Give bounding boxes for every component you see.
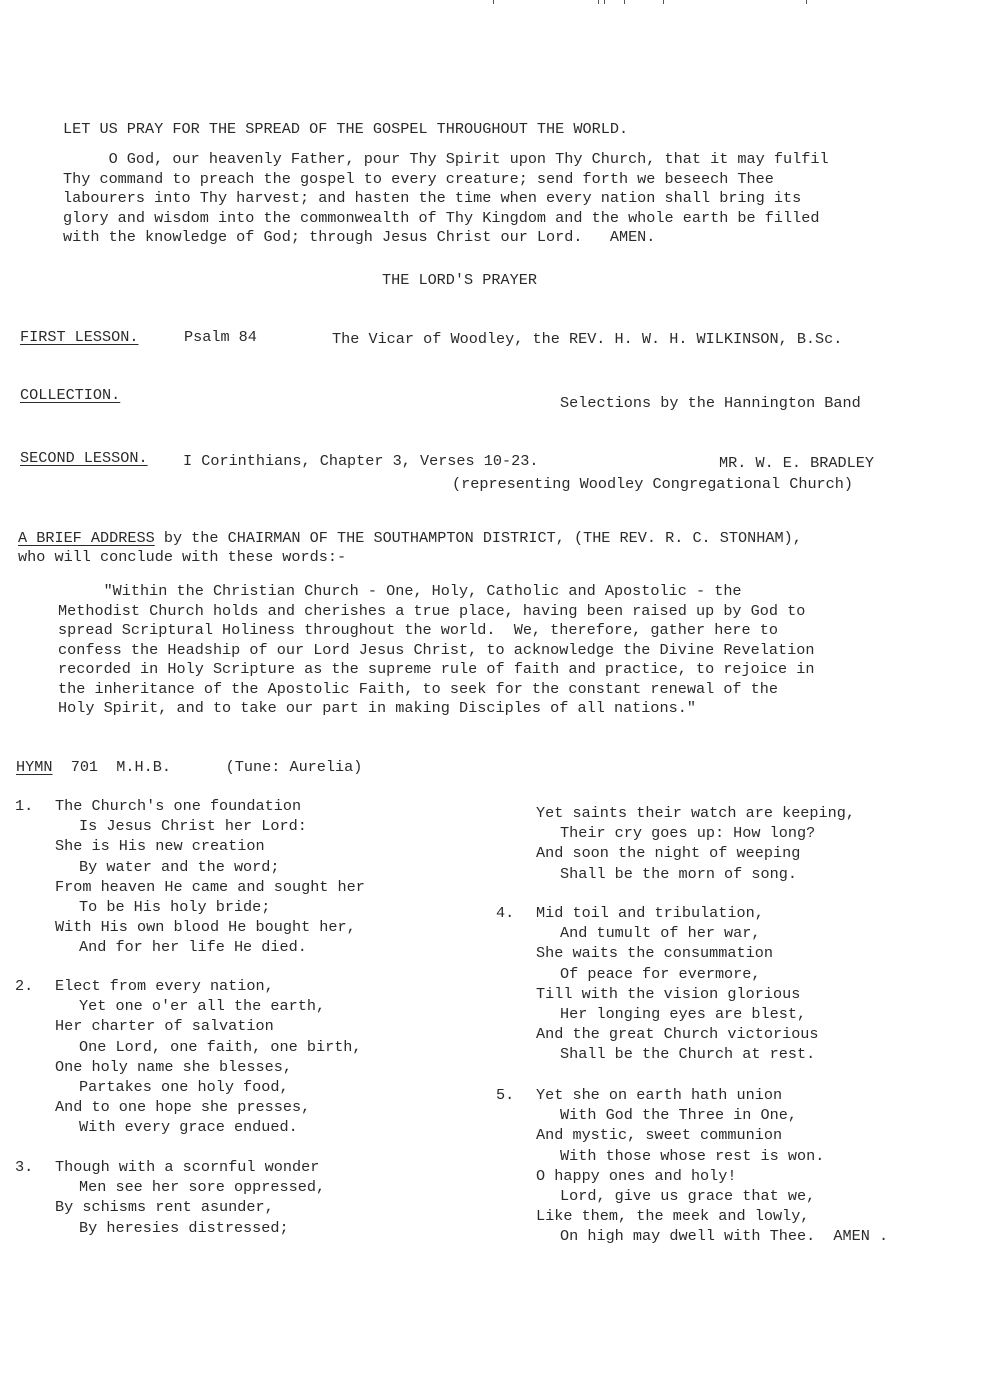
hymn-line: Men see her sore oppressed, xyxy=(55,1177,325,1197)
hymn-line: And mystic, sweet communion xyxy=(536,1125,888,1145)
hymn-number: 701 xyxy=(71,758,98,776)
first-lesson-reader: The Vicar of Woodley, the REV. H. W. H. … xyxy=(332,330,842,348)
address-quote-line: Methodist Church holds and cherishes a t… xyxy=(58,602,814,622)
hymn-line: Shall be the Church at rest. xyxy=(536,1044,819,1064)
hymn-stanza-1: 1.The Church's one foundationIs Jesus Ch… xyxy=(15,796,365,958)
hymn-line: To be His holy bride; xyxy=(55,897,365,917)
address-line-1-rest: by the CHAIRMAN OF THE SOUTHAMPTON DISTR… xyxy=(155,529,802,547)
address-line-2: who will conclude with these words:- xyxy=(18,548,346,566)
collection-label: COLLECTION. xyxy=(20,386,120,404)
hymn-label: HYMN xyxy=(16,758,52,776)
scan-mark xyxy=(806,0,807,4)
hymn-line: And soon the night of weeping xyxy=(536,843,855,863)
second-lesson-reader: MR. W. E. BRADLEY xyxy=(719,454,874,472)
hymn-line: Lord, give us grace that we, xyxy=(536,1186,888,1206)
hymn-line: With every grace endued. xyxy=(55,1117,362,1137)
prayer-body: O God, our heavenly Father, pour Thy Spi… xyxy=(63,150,829,248)
scan-mark xyxy=(598,0,599,4)
hymn-line: With those whose rest is won. xyxy=(536,1146,888,1166)
address-quote-line: "Within the Christian Church - One, Holy… xyxy=(58,582,814,602)
prayer-line: with the knowledge of God; through Jesus… xyxy=(63,228,829,248)
hymn-line: Her charter of salvation xyxy=(55,1016,362,1036)
hymn-stanza-3-continued: Yet saints their watch are keeping,Their… xyxy=(496,803,855,884)
hymn-line: With His own blood He bought her, xyxy=(55,917,365,937)
hymn-line: And the great Church victorious xyxy=(536,1024,819,1044)
hymn-line: One Lord, one faith, one birth, xyxy=(55,1037,362,1057)
address-label: A BRIEF ADDRESS xyxy=(18,529,155,547)
prayer-line: glory and wisdom into the commonwealth o… xyxy=(63,209,829,229)
hymn-line: Elect from every nation, xyxy=(55,976,362,996)
hymn-line: Her longing eyes are blest, xyxy=(536,1004,819,1024)
stanza-number: 3. xyxy=(15,1157,33,1177)
hymn-line: Shall be the morn of song. xyxy=(536,864,855,884)
scan-mark xyxy=(624,0,625,4)
address-quote-line: recorded in Holy Scripture as the suprem… xyxy=(58,660,814,680)
hymn-line: She waits the consummation xyxy=(536,943,819,963)
hymn-line: O happy ones and holy! xyxy=(536,1166,888,1186)
hymn-line: The Church's one foundation xyxy=(55,796,365,816)
first-lesson-reading: Psalm 84 xyxy=(184,328,257,346)
hymn-stanza-4: 4.Mid toil and tribulation,And tumult of… xyxy=(496,903,819,1065)
hymn-tune: (Tune: Aurelia) xyxy=(226,758,363,776)
hymn-line: Mid toil and tribulation, xyxy=(536,903,819,923)
hymn-stanza-2: 2.Elect from every nation,Yet one o'er a… xyxy=(15,976,362,1138)
hymn-line: Yet she on earth hath union xyxy=(536,1085,888,1105)
hymn-line: Partakes one holy food, xyxy=(55,1077,362,1097)
address-quote-line: the inheritance of the Apostolic Faith, … xyxy=(58,680,814,700)
address-quote: "Within the Christian Church - One, Holy… xyxy=(58,582,814,719)
hymn-book: M.H.B. xyxy=(116,758,171,776)
hymn-line: With God the Three in One, xyxy=(536,1105,888,1125)
hymn-line: Their cry goes up: How long? xyxy=(536,823,855,843)
hymn-line: She is His new creation xyxy=(55,836,365,856)
hymn-line: On high may dwell with Thee. AMEN . xyxy=(536,1226,888,1246)
hymn-line: Till with the vision glorious xyxy=(536,984,819,1004)
second-lesson-label: SECOND LESSON. xyxy=(20,449,148,467)
second-lesson-reader-note: (representing Woodley Congregational Chu… xyxy=(452,475,853,493)
hymn-line: Yet saints their watch are keeping, xyxy=(536,803,855,823)
hymn-line: Though with a scornful wonder xyxy=(55,1157,325,1177)
hymn-stanza-3: 3.Though with a scornful wonderMen see h… xyxy=(15,1157,325,1238)
address-quote-line: Holy Spirit, and to take our part in mak… xyxy=(58,699,814,719)
hymn-stanza-5: 5.Yet she on earth hath unionWith God th… xyxy=(496,1085,888,1247)
scan-mark xyxy=(604,0,605,4)
stanza-number: 5. xyxy=(496,1085,514,1105)
prayer-line: Thy command to preach the gospel to ever… xyxy=(63,170,829,190)
address-line-1: A BRIEF ADDRESS by the CHAIRMAN OF THE S… xyxy=(18,529,802,547)
hymn-line: Of peace for evermore, xyxy=(536,964,819,984)
prayer-line: labourers into Thy harvest; and hasten t… xyxy=(63,189,829,209)
hymn-line: And for her life He died. xyxy=(55,937,365,957)
scan-mark xyxy=(663,0,664,4)
hymn-line: Yet one o'er all the earth, xyxy=(55,996,362,1016)
prayer-line: O God, our heavenly Father, pour Thy Spi… xyxy=(63,150,829,170)
collection-detail: Selections by the Hannington Band xyxy=(560,394,861,412)
hymn-line: Like them, the meek and lowly, xyxy=(536,1206,888,1226)
hymn-header: HYMN 701 M.H.B. (Tune: Aurelia) xyxy=(16,758,362,776)
stanza-number: 2. xyxy=(15,976,33,996)
hymn-line: Is Jesus Christ her Lord: xyxy=(55,816,365,836)
second-lesson-reading: I Corinthians, Chapter 3, Verses 10-23. xyxy=(183,452,538,470)
hymn-line: And to one hope she presses, xyxy=(55,1097,362,1117)
prayer-heading: LET US PRAY FOR THE SPREAD OF THE GOSPEL… xyxy=(63,120,628,138)
lords-prayer-heading: THE LORD'S PRAYER xyxy=(382,271,537,289)
hymn-line: By schisms rent asunder, xyxy=(55,1197,325,1217)
scan-mark xyxy=(493,0,494,4)
address-quote-line: spread Scriptural Holiness throughout th… xyxy=(58,621,814,641)
first-lesson-label: FIRST LESSON. xyxy=(20,328,138,346)
hymn-line: From heaven He came and sought her xyxy=(55,877,365,897)
hymn-line: One holy name she blesses, xyxy=(55,1057,362,1077)
stanza-number: 1. xyxy=(15,796,33,816)
hymn-line: And tumult of her war, xyxy=(536,923,819,943)
hymn-line: By water and the word; xyxy=(55,857,365,877)
hymn-line: By heresies distressed; xyxy=(55,1218,325,1238)
hymn-amen: AMEN . xyxy=(815,1227,888,1245)
stanza-number: 4. xyxy=(496,903,514,923)
address-quote-line: confess the Headship of our Lord Jesus C… xyxy=(58,641,814,661)
